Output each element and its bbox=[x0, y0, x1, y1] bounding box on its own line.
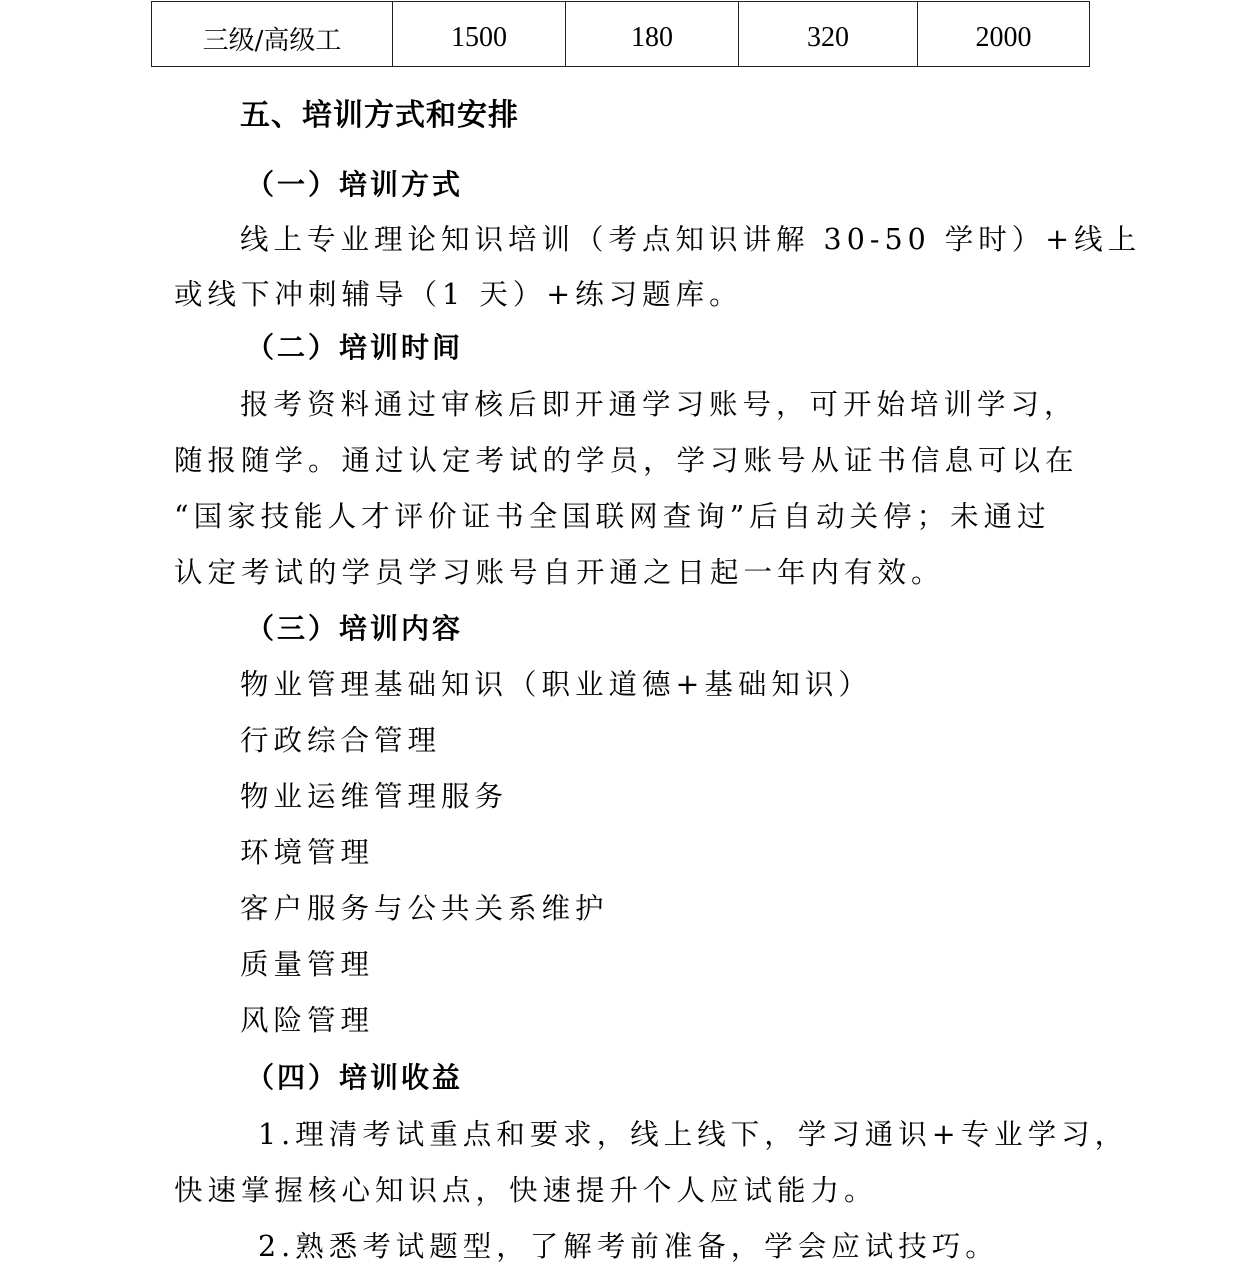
paragraph-line: 随报随学。通过认定考试的学员，学习账号从证书信息可以在 bbox=[174, 441, 1079, 481]
list-item: 物业管理基础知识（职业道德+基础知识） bbox=[240, 665, 872, 705]
table-cell: 2000 bbox=[918, 2, 1090, 67]
heading-training-time: （二）培训时间 bbox=[246, 328, 463, 368]
heading-training-content: （三）培训内容 bbox=[246, 609, 463, 649]
list-item: 环境管理 bbox=[240, 833, 374, 873]
paragraph-line: 快速掌握核心知识点，快速提升个人应试能力。 bbox=[174, 1171, 878, 1211]
paragraph-line: “国家技能人才评价证书全国联网查询”后自动关停；未通过 bbox=[174, 497, 1051, 537]
list-item: 客户服务与公共关系维护 bbox=[240, 889, 609, 929]
paragraph-line: 1.理清考试重点和要求，线上线下，学习通识+专业学习， bbox=[258, 1115, 1128, 1155]
paragraph-line: 线上专业理论知识培训（考点知识讲解 30-50 学时）+线上 bbox=[240, 220, 1141, 260]
table-cell: 180 bbox=[566, 2, 739, 67]
section-title: 五、培训方式和安排 bbox=[240, 96, 519, 136]
fee-table: 三级/高级工 1500 180 320 2000 bbox=[151, 1, 1090, 67]
list-item: 行政综合管理 bbox=[240, 721, 441, 761]
table-cell-level: 三级/高级工 bbox=[152, 2, 393, 67]
table-cell: 320 bbox=[739, 2, 918, 67]
list-item: 风险管理 bbox=[240, 1001, 374, 1041]
heading-training-benefits: （四）培训收益 bbox=[246, 1058, 463, 1098]
paragraph-line: 2.熟悉考试题型，了解考前准备，学会应试技巧。 bbox=[258, 1227, 999, 1267]
paragraph-line: 报考资料通过审核后即开通学习账号，可开始培训学习， bbox=[240, 385, 1078, 425]
list-item: 物业运维管理服务 bbox=[240, 777, 508, 817]
list-item: 质量管理 bbox=[240, 945, 374, 985]
heading-training-method: （一）培训方式 bbox=[246, 165, 463, 205]
paragraph-line: 认定考试的学员学习账号自开通之日起一年内有效。 bbox=[174, 553, 945, 593]
paragraph-line: 或线下冲刺辅导（1 天）+练习题库。 bbox=[174, 275, 743, 315]
table-row: 三级/高级工 1500 180 320 2000 bbox=[152, 2, 1090, 67]
table-cell: 1500 bbox=[393, 2, 566, 67]
